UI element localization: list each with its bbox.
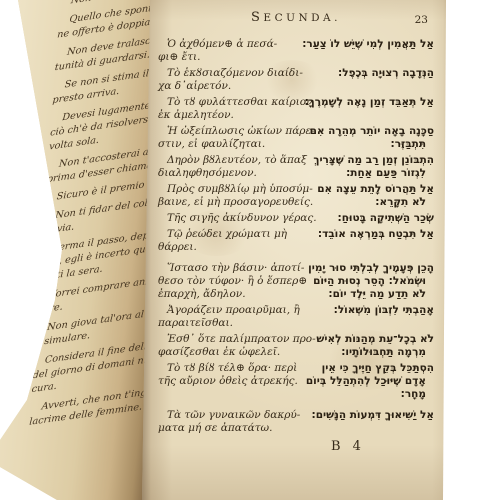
italian-text-column: Non devesi creder à chi si duoleQuello c… — [28, 0, 152, 435]
hebrew-line: וּשְׂמֹאל: הָסֵר נְסוּת הַיּוֹם — [316, 275, 426, 288]
hebrew-maxim: סַכָּנָה בָאָה יוֹתֵר מְהֵרָה אִםתִּתְבַ… — [316, 125, 434, 151]
page-header: SECUNDA. 23 — [158, 10, 434, 30]
hebrew-line: אַל יַשִּׁיאוּךָ דִּמְעוֹת הַנָּשִׁים: — [316, 409, 434, 422]
greek-maxim: Ἵστασο τὴν βάσιν· ἀποτί-θεσο τὸν τύφον· … — [158, 262, 316, 301]
maxim-row: Ἐσθ᾽ ὅτε παλίμπρατον προ-φασίζεσθαι ἐκ ὠ… — [158, 333, 434, 359]
greek-maxim: Ἀγοράζειν προαιρῦμαι, ἢπαραιτεῖσθαι. — [158, 304, 316, 330]
greek-maxim: Τῷ ῥεώδει χρώματι μὴθάρρει. — [158, 228, 316, 254]
maxim-rows: Ὁ ἀχθόμεν⊕ ἁ πεσά-φι⊕ ἔτι.אַל תַּאֲמִין … — [158, 38, 434, 435]
greek-line: θάρρει. — [158, 241, 316, 254]
hebrew-line: שְׂכַר הַשְּׁתִיקָה בָּטוּחַ: — [316, 212, 434, 225]
hebrew-maxim: אַל יַשִּׁיאוּךָ דִּמְעוֹת הַנָּשִׁים: — [316, 409, 434, 422]
hebrew-maxim: אָהַבְתִּי לִזְבּוֹן מִשְּׁאוֹל: — [316, 304, 434, 317]
hebrew-line: לֹא תִקָּרֵא: — [316, 196, 426, 209]
hebrew-maxim: אַל תְּאַבֵּד זְמַן נָאֶה לְשָׁמְרֶךָ: — [316, 96, 434, 109]
greek-line: Τὸ τȣ βίȣ τέλ⊕ ὅρα· περὶ — [158, 362, 316, 375]
greek-line: παραιτεῖσθαι. — [158, 317, 316, 330]
hebrew-maxim: אַל תַּאֲמִין לְמִי שֶׁיֵּשׁ לוֹ צַעַר: — [316, 38, 434, 51]
greek-line: στιν, εἰ φαυλίζηται. — [158, 138, 316, 151]
greek-line: Πρὸς συμβȣλίῳ μὴ ὑποσύμ- — [158, 183, 316, 196]
greek-line: Ἡ ὠξείπλωσις ὠκίων πάρε- — [158, 125, 316, 138]
greek-line: Ὁ ἀχθόμεν⊕ ἁ πεσά- — [158, 38, 316, 51]
greek-line: Τὸ ἑκȣσιαζόμενον διαίδι- — [158, 67, 316, 80]
greek-line: Ἀγοράζειν προαιρῦμαι, ἢ — [158, 304, 316, 317]
right-page-content: SECUNDA. 23 Ὁ ἀχθόμεν⊕ ἁ πεσά-φι⊕ ἔτι.אַ… — [158, 10, 434, 454]
greek-line: ματα μή σε ἀπατάτω. — [158, 422, 316, 435]
maxim-row: Δηρὸν βȣλευτέον, τὸ ἅπαξδιαληφθησόμενον.… — [158, 154, 434, 180]
hebrew-line: מָחָר: — [316, 388, 426, 401]
greek-line: τῆς αὔριον ὀθεὶς ἀτρεκής. — [158, 375, 316, 388]
greek-line: φι⊕ ἔτι. — [158, 51, 316, 64]
signature-mark: B 4 — [331, 439, 434, 454]
greek-maxim: Τὸ τȣ φυλάττεσθαι καίριονἐκ ἀμελητέον. — [158, 96, 316, 122]
hebrew-line: הַנְּדָבָה רְצוּיָה בְּכֶפֶל: — [316, 67, 434, 80]
hebrew-maxim: הָכֵן פְּעָמֶיךָ לְבִלְתִּי סוּר יָמִיןו… — [316, 262, 434, 301]
maxim-row: Ἀγοράζειν προαιρῦμαι, ἢπαραιτεῖσθαι.אָהַ… — [158, 304, 434, 330]
right-page: SECUNDA. 23 Ὁ ἀχθόμεν⊕ ἁ πεσά-φι⊕ ἔτι.אַ… — [142, 0, 448, 500]
greek-line: φασίζεσθαι ἐκ ὠφελεῖ. — [158, 346, 316, 359]
maxim-row: Ἡ ὠξείπλωσις ὠκίων πάρε-στιν, εἰ φαυλίζη… — [158, 125, 434, 151]
greek-line: ἐπαρχὴ, ἄδηλον. — [158, 288, 316, 301]
maxim-row: Τὸ τȣ φυλάττεσθαι καίριονἐκ ἀμελητέον.אַ… — [158, 96, 434, 122]
hebrew-maxim: הִתְבּוֹנֵן זְמַן רַב מַה שֶּׁצָּרִיךְלִ… — [316, 154, 434, 180]
running-title: SECUNDA. — [158, 10, 434, 25]
greek-line: βαινε, εἰ μὴ προσαγορευθείς. — [158, 196, 316, 209]
hebrew-maxim: לֹא בְכָל־עֵת מְהַנּוֹת לְאִישׁמִרְמָה ת… — [316, 333, 434, 359]
hebrew-maxim: הַנְּדָבָה רְצוּיָה בְּכֶפֶל: — [316, 67, 434, 80]
hebrew-line: לִגְזוֹר פַּעַם אַחַת: — [316, 167, 426, 180]
hebrew-line: אַל תִּבְטַח בְּמַרְאֶה אוֹבֵד: — [316, 228, 434, 241]
greek-maxim: Τῆς σιγῆς ἀκίνδυνον γέρας. — [158, 212, 316, 225]
greek-line: Τῆς σιγῆς ἀκίνδυνον γέρας. — [158, 212, 316, 225]
hebrew-line: הִסְתַּכֵּל בְּקֵץ חַיֶּיךָ כִּי אֵין — [316, 362, 434, 375]
maxim-row: Τῆς σιγῆς ἀκίνδυνον γέρας.שְׂכַר הַשְּׁת… — [158, 212, 434, 225]
greek-line: Τὸ τȣ φυλάττεσθαι καίριον — [158, 96, 316, 109]
page-number: 23 — [415, 14, 428, 26]
hebrew-line: אַל תַּאֲמִין לְמִי שֶׁיֵּשׁ לוֹ צַעַר: — [316, 38, 434, 51]
hebrew-line: אָהַבְתִּי לִזְבּוֹן מִשְּׁאוֹל: — [316, 304, 434, 317]
maxim-row: Τὸ τȣ βίȣ τέλ⊕ ὅρα· περὶτῆς αὔριον ὀθεὶς… — [158, 362, 434, 401]
greek-maxim: Τὸ ἑκȣσιαζόμενον διαίδι-χα δ᾽αἱρετόν. — [158, 67, 316, 93]
greek-line: Ἐσθ᾽ ὅτε παλίμπρατον προ- — [158, 333, 316, 346]
greek-line: διαληφθησόμενον. — [158, 167, 316, 180]
hebrew-maxim: אַל תַּהֲרוֹס לָתֵת עֵצָה אִםלֹא תִקָּרֵ… — [316, 183, 434, 209]
book-photo: Non devesi creder à chi si duoleQuello c… — [0, 0, 500, 500]
hebrew-line: הִתְבּוֹנֵן זְמַן רַב מַה שֶּׁצָּרִיךְ — [316, 154, 434, 167]
left-page: Non devesi creder à chi si duoleQuello c… — [0, 0, 152, 500]
hebrew-line: אָדָם שֶׁיּוּכַל לְהִתְהַלֵּל בְּיוֹם — [316, 375, 426, 388]
greek-line: θεσο τὸν τύφον· ἢ ὁ ἕσπερ⊕ — [158, 275, 316, 288]
maxim-row: Πρὸς συμβȣλίῳ μὴ ὑποσύμ-βαινε, εἰ μὴ προ… — [158, 183, 434, 209]
maxim-row: Τὰ τῶν γυναικῶν δακρύ-ματα μή σε ἀπατάτω… — [158, 409, 434, 435]
hebrew-line: מִרְמָה תַּחְבּוּלוֹתָיו: — [316, 346, 426, 359]
hebrew-line: סַכָּנָה בָאָה יוֹתֵר מְהֵרָה אִם — [316, 125, 434, 138]
hebrew-maxim: אַל תִּבְטַח בְּמַרְאֶה אוֹבֵד: — [316, 228, 434, 241]
hebrew-maxim: הִסְתַּכֵּל בְּקֵץ חַיֶּיךָ כִּי אֵיןאָד… — [316, 362, 434, 401]
greek-line: Τὰ τῶν γυναικῶν δακρύ- — [158, 409, 316, 422]
hebrew-line: לֹא בְכָל־עֵת מְהַנּוֹת לְאִישׁ — [316, 333, 434, 346]
hebrew-line: אַל תַּהֲרוֹס לָתֵת עֵצָה אִם — [316, 183, 434, 196]
greek-maxim: Ἡ ὠξείπλωσις ὠκίων πάρε-στιν, εἰ φαυλίζη… — [158, 125, 316, 151]
hebrew-line: אַל תְּאַבֵּד זְמַן נָאֶה לְשָׁמְרֶךָ: — [316, 96, 434, 109]
greek-line: ἐκ ἀμελητέον. — [158, 109, 316, 122]
greek-line: χα δ᾽αἱρετόν. — [158, 80, 316, 93]
greek-maxim: Ὁ ἀχθόμεν⊕ ἁ πεσά-φι⊕ ἔτι. — [158, 38, 316, 64]
hebrew-line: לֹא תֵדַע מַה יֵּלֶד יוֹם: — [316, 288, 426, 301]
hebrew-line: תִּתְבַּזֶּר: — [316, 138, 426, 151]
greek-line: Ἵστασο τὴν βάσιν· ἀποτί- — [158, 262, 316, 275]
greek-line: Δηρὸν βȣλευτέον, τὸ ἅπαξ — [158, 154, 316, 167]
maxim-row: Ὁ ἀχθόμεν⊕ ἁ πεσά-φι⊕ ἔτι.אַל תַּאֲמִין … — [158, 38, 434, 64]
hebrew-maxim: שְׂכַר הַשְּׁתִיקָה בָּטוּחַ: — [316, 212, 434, 225]
greek-maxim: Ἐσθ᾽ ὅτε παλίμπρατον προ-φασίζεσθαι ἐκ ὠ… — [158, 333, 316, 359]
greek-maxim: Δηρὸν βȣλευτέον, τὸ ἅπαξδιαληφθησόμενον. — [158, 154, 316, 180]
greek-maxim: Τὰ τῶν γυναικῶν δακρύ-ματα μή σε ἀπατάτω… — [158, 409, 316, 435]
greek-maxim: Πρὸς συμβȣλίῳ μὴ ὑποσύμ-βαινε, εἰ μὴ προ… — [158, 183, 316, 209]
greek-line: Τῷ ῥεώδει χρώματι μὴ — [158, 228, 316, 241]
maxim-row: Ἵστασο τὴν βάσιν· ἀποτί-θεσο τὸν τύφον· … — [158, 262, 434, 301]
hebrew-line: הָכֵן פְּעָמֶיךָ לְבִלְתִּי סוּר יָמִין — [316, 262, 434, 275]
maxim-row: Τῷ ῥεώδει χρώματι μὴθάρρει.אַל תִּבְטַח … — [158, 228, 434, 254]
maxim-row: Τὸ ἑκȣσιαζόμενον διαίδι-χα δ᾽αἱρετόν.הַנ… — [158, 67, 434, 93]
greek-maxim: Τὸ τȣ βίȣ τέλ⊕ ὅρα· περὶτῆς αὔριον ὀθεὶς… — [158, 362, 316, 388]
